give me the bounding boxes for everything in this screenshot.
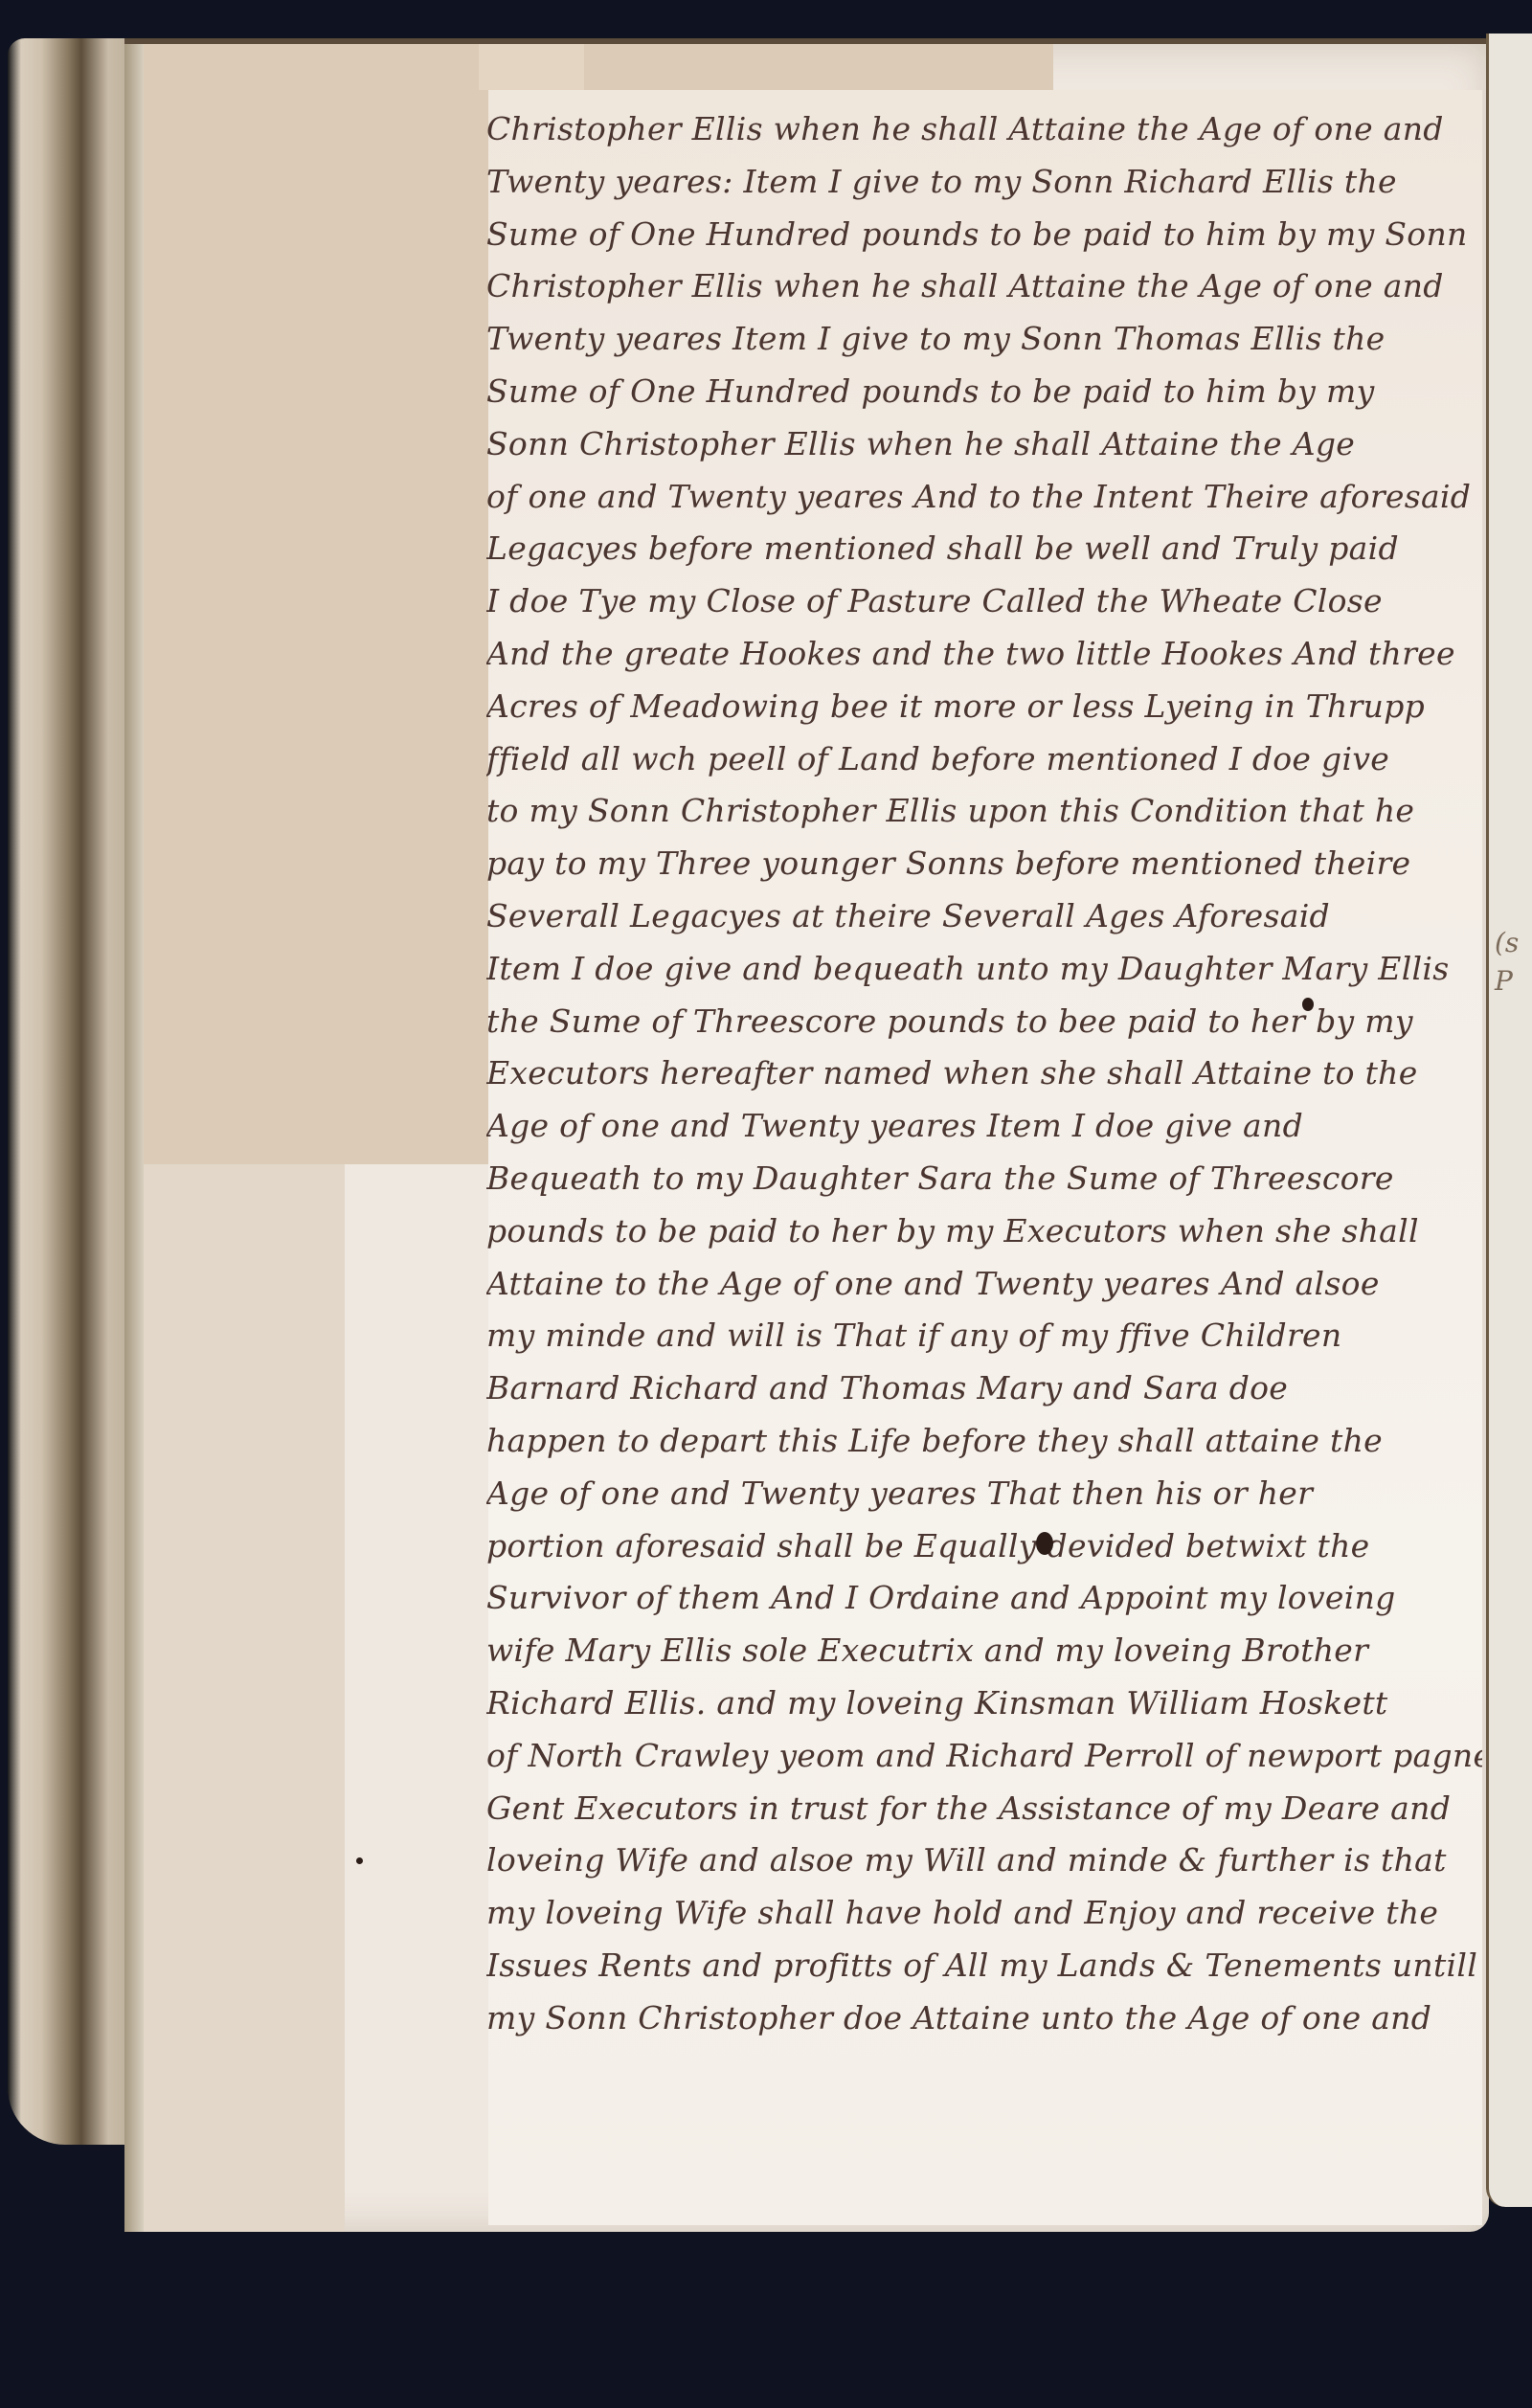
facing-page-marginal-text: (s P [1495, 924, 1519, 1001]
text-line: Age of one and Twenty yeares That then h… [486, 1468, 1482, 1520]
text-line: of one and Twenty yeares And to the Inte… [486, 471, 1482, 524]
text-line: Twenty yeares Item I give to my Sonn Tho… [486, 313, 1482, 366]
text-line: Sume of One Hundred pounds to be paid to… [486, 209, 1482, 261]
text-line: pounds to be paid to her by my Executors… [486, 1205, 1482, 1258]
text-line: Twenty yeares: Item I give to my Sonn Ri… [486, 156, 1482, 209]
ink-blot [1302, 998, 1314, 1011]
text-line: Gent Executors in trust for the Assistan… [486, 1783, 1482, 1835]
text-line: of North Crawley yeom and Richard Perrol… [486, 1730, 1482, 1783]
ink-blot [1036, 1532, 1053, 1555]
text-line: ffield all wch peell of Land before ment… [486, 733, 1482, 786]
text-line: pay to my Three younger Sonns before men… [486, 838, 1482, 890]
text-line: Survivor of them And I Ordaine and Appoi… [486, 1572, 1482, 1625]
book-fore-edge [8, 38, 142, 2145]
text-line: I doe Tye my Close of Pasture Called the… [486, 575, 1482, 628]
handwritten-text-block: Christopher Ellis when he shall Attaine … [486, 103, 1482, 2044]
text-line: Acres of Meadowing bee it more or less L… [486, 681, 1482, 733]
text-line: Christopher Ellis when he shall Attaine … [486, 260, 1482, 313]
text-line: portion aforesaid shall be Equally devid… [486, 1520, 1482, 1573]
text-line: Item I doe give and bequeath unto my Dau… [486, 943, 1482, 996]
text-line: Bequeath to my Daughter Sara the Sume of… [486, 1153, 1482, 1205]
text-line: Executors hereafter named when she shall… [486, 1047, 1482, 1100]
text-line: my minde and will is That if any of my f… [486, 1310, 1482, 1362]
text-line: loveing Wife and alsoe my Will and minde… [486, 1834, 1482, 1887]
text-line: Issues Rents and profitts of All my Land… [486, 1940, 1482, 1992]
mounting-tab [479, 44, 584, 90]
text-line: Sonn Christopher Ellis when he shall Att… [486, 418, 1482, 471]
text-line: Barnard Richard and Thomas Mary and Sara… [486, 1362, 1482, 1415]
mounting-paper-bottom [144, 1164, 345, 2232]
page-gutter [124, 44, 144, 2232]
text-line: Sume of One Hundred pounds to be paid to… [486, 366, 1482, 418]
text-line: Richard Ellis. and my loveing Kinsman Wi… [486, 1677, 1482, 1730]
text-line: to my Sonn Christopher Ellis upon this C… [486, 785, 1482, 838]
facing-page-edge: (s P [1486, 34, 1532, 2207]
text-line: my loveing Wife shall have hold and Enjo… [486, 1887, 1482, 1940]
text-line: Attaine to the Age of one and Twenty yea… [486, 1258, 1482, 1311]
text-line: Severall Legacyes at theire Severall Age… [486, 890, 1482, 943]
text-line: Age of one and Twenty yeares Item I doe … [486, 1100, 1482, 1153]
text-line: wife Mary Ellis sole Executrix and my lo… [486, 1625, 1482, 1677]
text-line: Legacyes before mentioned shall be well … [486, 523, 1482, 575]
text-line: the Sume of Threescore pounds to bee pai… [486, 996, 1482, 1048]
text-line: And the greate Hookes and the two little… [486, 628, 1482, 681]
text-line: my Sonn Christopher doe Attaine unto the… [486, 1992, 1482, 2045]
text-line: Christopher Ellis when he shall Attaine … [486, 103, 1482, 156]
text-line: happen to depart this Life before they s… [486, 1415, 1482, 1468]
ink-blot [356, 1857, 363, 1864]
